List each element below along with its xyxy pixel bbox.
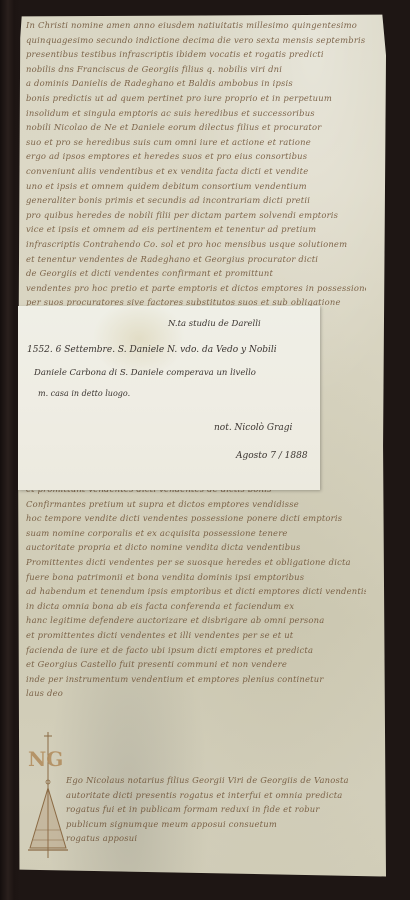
text-line: insolidum et singula emptoris ac suis he… (26, 106, 366, 121)
text-line: ergo ad ipsos emptores et heredes suos e… (26, 149, 366, 164)
text-line: rogatus fui et in publicam formam reduxi… (66, 802, 366, 817)
text-line: pro quibus heredes de nobili filii per d… (26, 208, 366, 223)
note-line-summary: Daniele Carbona di S. Daniele comperava … (34, 368, 256, 378)
text-line: laus deo (26, 686, 366, 701)
text-line: et promittentes dicti vendentes et illi … (26, 628, 366, 643)
text-line: et Georgius Castello fuit presenti commu… (26, 657, 366, 672)
text-line: generaliter bonis primis et secundis ad … (26, 193, 366, 208)
notary-signum-icon: NG (26, 730, 70, 860)
text-line: Confirmantes pretium ut supra et dictos … (26, 497, 366, 512)
text-line: infrascriptis Contrahendo Co. sol et pro… (26, 237, 366, 252)
text-line: ad habendum et tenendum ipsis emptoribus… (26, 584, 366, 599)
note-heading: N.ta studiu de Darelli (168, 319, 261, 329)
text-line: nobili Nicolao de Ne et Daniele eorum di… (26, 120, 366, 135)
text-line: inde per instrumentum vendentium et empt… (26, 672, 366, 687)
text-line: et tenentur vendentes de Radeghano et Ge… (26, 252, 366, 267)
notarial-subscription: Ego Nicolaus notarius filius Georgii Vir… (66, 773, 366, 846)
text-line: in dicta omnia bona ab eis facta confere… (26, 599, 366, 614)
note-line-date: 1552. 6 Settembre. S. Daniele N. vdo. da… (27, 345, 277, 355)
text-line: facienda de iure et de facto ubi ipsum d… (26, 643, 366, 658)
text-line: presentibus testibus infrascriptis ibide… (26, 47, 366, 62)
text-line: bonis predictis ut ad quem pertinet pro … (26, 91, 366, 106)
text-line: suam nomine corporalis et ex acquisita p… (26, 526, 366, 541)
text-line: Promittentes dicti vendentes per se suos… (26, 555, 366, 570)
text-line: suo et pro se heredibus suis cum omni iu… (26, 135, 366, 150)
text-line: quinquagesimo secundo indictione decima … (26, 33, 366, 48)
text-line: rogatus apposui (66, 831, 366, 846)
text-line: vendentes pro hoc pretio et parte emptor… (26, 281, 366, 296)
text-line: de Georgiis et dicti vendentes confirman… (26, 266, 366, 281)
text-line: Ego Nicolaus notarius filius Georgii Vir… (66, 773, 366, 788)
text-line: In Christi nomine amen anno eiusdem nati… (26, 18, 366, 33)
text-line: vice et ipsis et omnem ad eis pertinente… (26, 222, 366, 237)
text-line: a dominis Danielis de Radeghano et Baldi… (26, 76, 366, 91)
text-line: fuere bona patrimonii et bona vendita do… (26, 570, 366, 585)
text-line: hoc tempore vendite dicti vendentes poss… (26, 511, 366, 526)
svg-text:NG: NG (28, 747, 63, 771)
pasted-archival-note: N.ta studiu de Darelli 1552. 6 Settembre… (18, 306, 320, 490)
parchment-text-block-lower: et promittunt vendentes dicti vendentes … (26, 482, 366, 701)
note-line-place: m. casa in detto luogo. (38, 389, 130, 398)
text-line: hanc legitime defendere auctorizare et d… (26, 613, 366, 628)
note-date: Agosto 7 / 1888 (236, 451, 308, 461)
text-line: conveniunt aliis vendentibus et ex vendi… (26, 164, 366, 179)
text-line: autoritate dicti presentis rogatus et in… (66, 788, 366, 803)
parchment-text-block-main: In Christi nomine amen anno eiusdem nati… (26, 18, 366, 310)
text-line: auctoritate propria et dicto nomine vend… (26, 540, 366, 555)
text-line: publicum signumque meum apposui consuetu… (66, 817, 366, 832)
note-signature: not. Nicolò Gragi (214, 423, 292, 433)
text-line: uno et ipsis et omnem quidem debitum con… (26, 179, 366, 194)
text-line: nobilis dns Franciscus de Georgiis filiu… (26, 62, 366, 77)
